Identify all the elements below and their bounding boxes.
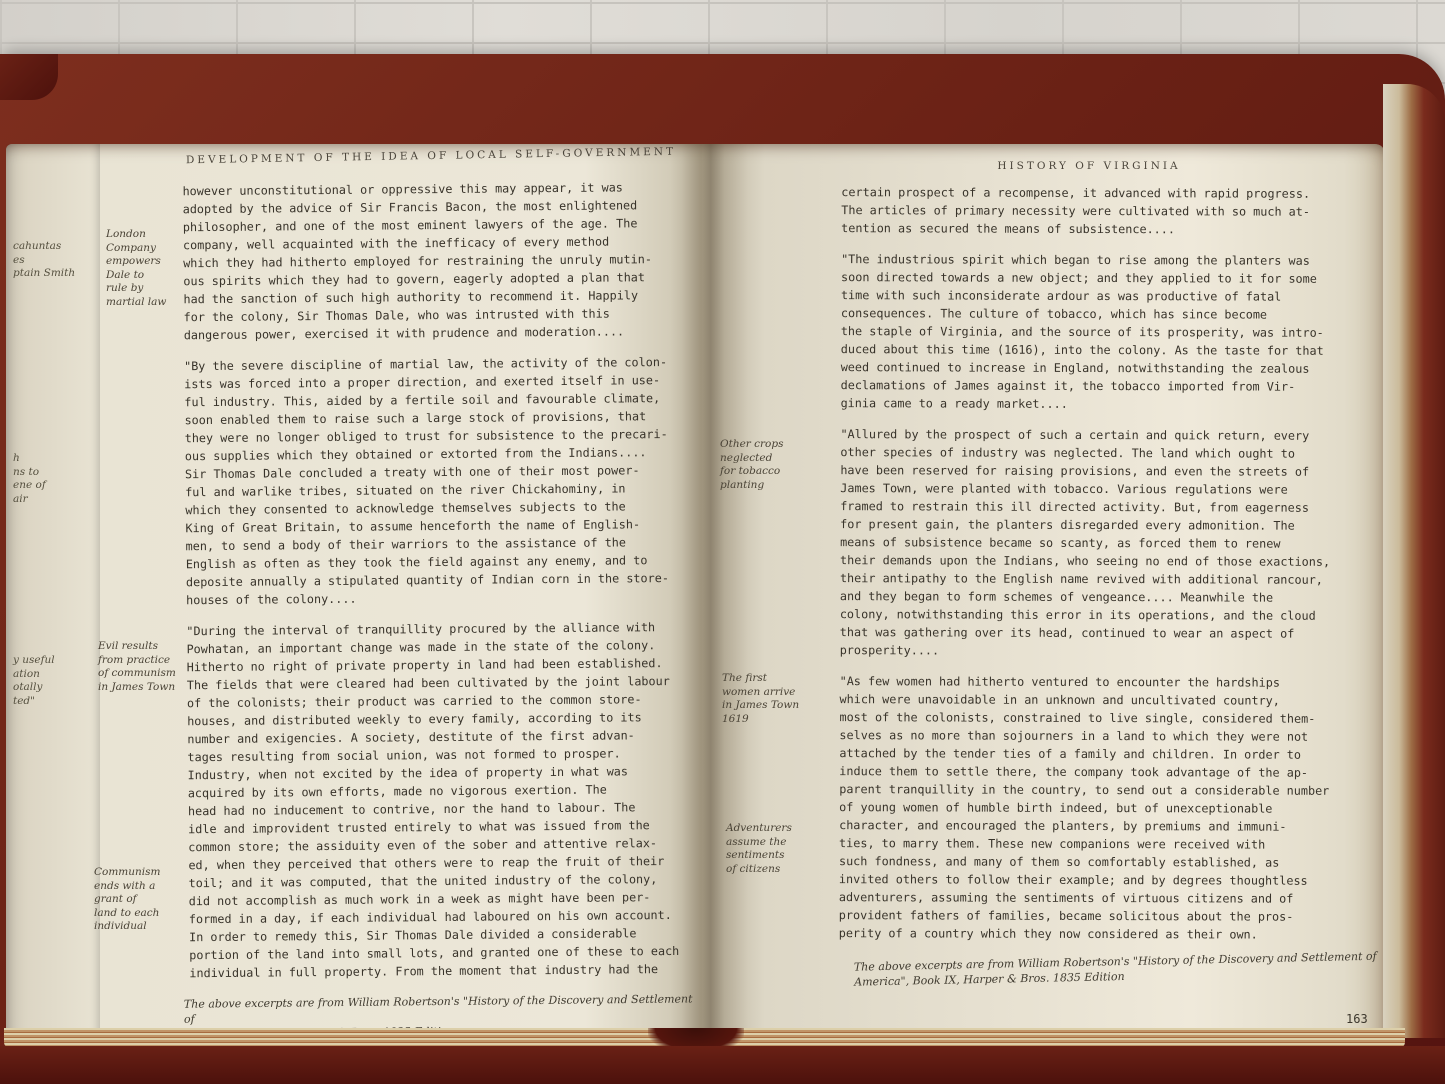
body-paragraph: however unconstitutional or oppressive t… [182, 178, 693, 344]
body-paragraph: "During the interval of tranquillity pro… [186, 618, 699, 982]
right-page: HISTORY OF VIRGINIA Other crops neglecte… [704, 144, 1385, 1084]
body-paragraph: "By the severe discipline of martial law… [184, 353, 696, 609]
book-bottom [0, 1028, 1445, 1084]
left-page: DEVELOPMENT OF THE IDEA OF LOCAL SELF-GO… [6, 144, 704, 1084]
body-paragraph: "The industrious spirit which began to r… [841, 250, 1347, 414]
right-page-number: 163 [1346, 1012, 1368, 1026]
left-page-body-text: however unconstitutional or oppressive t… [182, 178, 699, 995]
book-cover-bottom [0, 1046, 1445, 1084]
right-page-running-header: HISTORY OF VIRGINIA [844, 160, 1334, 172]
body-paragraph: "As few women had hitherto ventured to e… [839, 672, 1345, 944]
margin-note: Other crops neglected for tobacco planti… [720, 438, 800, 492]
body-paragraph: certain prospect of a recompense, it adv… [841, 183, 1346, 239]
book-cover-corner-top-left [0, 54, 58, 100]
margin-note: London Company empowers Dale to rule by … [106, 228, 186, 309]
left-page-running-header: DEVELOPMENT OF THE IDEA OF LOCAL SELF-GO… [181, 146, 681, 167]
open-book: cahuntas es ptain Smith h ns to ene of a… [0, 54, 1445, 1084]
photo-scene: cahuntas es ptain Smith h ns to ene of a… [0, 0, 1445, 1084]
margin-note: Evil results from practice of communism … [98, 640, 178, 694]
page-edges-right [1383, 84, 1445, 1038]
body-paragraph: "Allured by the prospect of such a certa… [840, 425, 1346, 661]
right-page-body-text: certain prospect of a recompense, it adv… [839, 183, 1347, 957]
margin-note: Communism ends with a grant of land to e… [94, 866, 174, 934]
margin-note: The first women arrive in James Town 161… [722, 672, 802, 726]
page-spread: cahuntas es ptain Smith h ns to ene of a… [6, 144, 1385, 1084]
margin-note: Adventurers assume the sentiments of cit… [726, 822, 806, 876]
